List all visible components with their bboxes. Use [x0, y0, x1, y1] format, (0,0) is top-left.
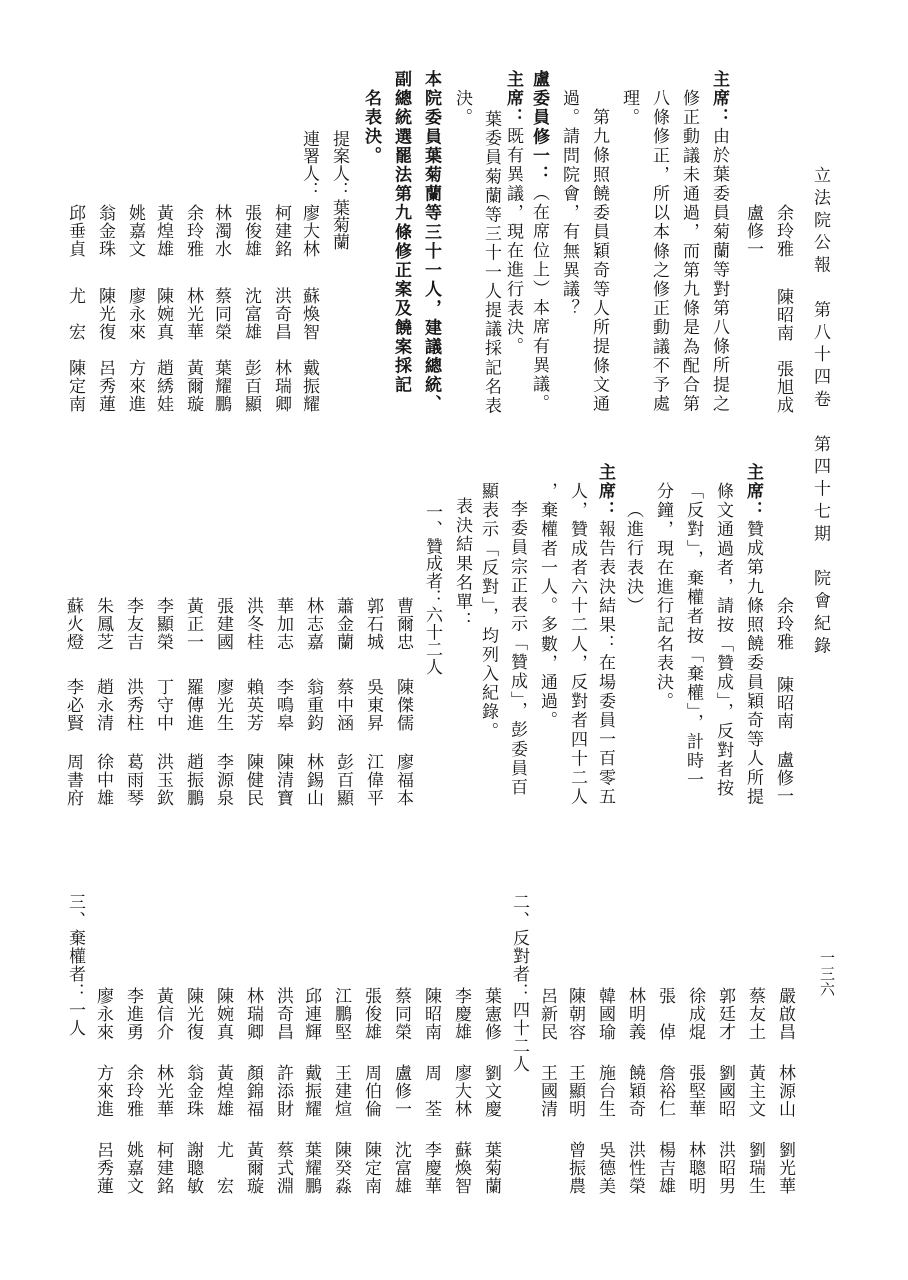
cosigner-name: 盧修一	[775, 751, 792, 805]
cosigner-name: 翁金珠	[97, 204, 114, 258]
no-voter-name: 方來進	[95, 1064, 112, 1118]
yes-voter-name: 洪冬桂	[245, 597, 262, 651]
speech-line: 決。	[454, 89, 471, 127]
yes-voter-name: 劉瑞生	[747, 1141, 764, 1195]
cosigner-name: 姚嘉文	[127, 204, 144, 258]
yes-voter-name: 林聰明	[687, 1141, 704, 1195]
no-voter-name: 盧修一	[393, 1064, 410, 1118]
yes-voter-name: 郭石城	[365, 597, 382, 651]
yes-voter-name: 詹裕仁	[657, 1064, 674, 1118]
yes-voter-name: 陳傑儒	[395, 678, 412, 732]
yes-voter-name: 江偉平	[365, 753, 382, 807]
yes-voter-name: 徐中雄	[95, 753, 112, 807]
speech-line: 八條修正，所以本條之修正動議不予處	[651, 89, 668, 414]
yes-voter-name: 朱鳳芝	[95, 597, 112, 651]
cosigner-name: 趙綉娃	[155, 359, 172, 413]
yes-voter-name: 蕭金蘭	[335, 597, 352, 651]
cosigner-name: 陳婉真	[155, 287, 172, 341]
no-voter-name: 蔡同榮	[393, 987, 410, 1041]
no-voter-name: 李慶華	[423, 1141, 440, 1195]
section-heading-yes: 一、贊成者：六十二人	[424, 503, 441, 675]
cosigner-name: 彭百顯	[243, 359, 260, 413]
yes-voter-name: 施台生	[597, 1064, 614, 1118]
motion-line: 本院委員葉菊蘭等三十一人，建議總統、	[423, 70, 440, 414]
yes-voter-name: 翁重鈞	[305, 678, 322, 732]
cosigner-name: 陳光復	[97, 287, 114, 341]
yes-voter-name: 嚴啟昌	[777, 987, 794, 1041]
speech-line: 由於葉委員菊蘭等對第八條所提之	[711, 127, 728, 414]
no-voter-name: 尤 宏	[215, 1141, 232, 1195]
no-voter-name: 葉憲修	[483, 987, 500, 1041]
cosigner-name: 蘇煥智	[301, 287, 318, 341]
yes-voter-name: 洪昭男	[717, 1141, 734, 1195]
no-voter-name: 劉文慶	[483, 1064, 500, 1118]
yes-voter-name: 黃正一	[185, 597, 202, 651]
no-voter-name: 陳婉真	[215, 987, 232, 1041]
no-voter-name: 葉菊蘭	[483, 1141, 500, 1195]
yes-voter-name: 彭百顯	[335, 753, 352, 807]
yes-voter-name: 羅傳進	[185, 678, 202, 732]
speaker-label: 主席：	[597, 463, 614, 520]
carryover-signer-name: 陳昭南	[775, 288, 792, 342]
yes-voter-name: 劉光華	[777, 1141, 794, 1195]
yes-voter-name: 吳德美	[597, 1141, 614, 1195]
no-voter-name: 謝聰敏	[185, 1141, 202, 1195]
no-voter-name: 林光華	[155, 1064, 172, 1118]
no-voter-name: 王建煊	[333, 1064, 350, 1118]
cosigner-name: 葉耀鵬	[213, 359, 230, 413]
no-voter-name: 陳昭南	[423, 987, 440, 1041]
cosigner-name: 戴振耀	[301, 359, 318, 413]
cosigner-name: 洪奇昌	[273, 287, 290, 341]
speech-line: ，棄權者一人。多數，通過。	[539, 482, 556, 730]
cosigner-name: 柯建銘	[273, 204, 290, 258]
yes-voter-name: 李鳴皋	[275, 678, 292, 732]
cosigner-name: 廖永來	[127, 287, 144, 341]
speech-line: 理。	[621, 89, 638, 127]
yes-voter-name: 徐成焜	[687, 987, 704, 1041]
yes-voter-name: 蘇火燈	[65, 597, 82, 651]
speech-line: 第九條照饒委員穎奇等人所提條文通	[591, 108, 608, 414]
yes-voter-name: 蔡中涵	[335, 678, 352, 732]
yes-voter-name: 楊吉雄	[657, 1141, 674, 1195]
cosigner-name: 尤 宏	[67, 287, 84, 341]
no-voter-name: 陳光復	[185, 987, 202, 1041]
speaker-label: 主席：	[711, 70, 728, 127]
motion-line: 名表決。	[363, 89, 380, 165]
stage-direction: （進行表決）	[625, 501, 642, 616]
motion-line: 副總統選罷法第九條修正案及饒案採記	[393, 70, 410, 395]
yes-voter-name: 華加志	[275, 597, 292, 651]
no-voter-name: 黃煌雄	[215, 1064, 232, 1118]
yes-voter-name: 李必賢	[65, 678, 82, 732]
gazette-page: 立法院公報 第八十四卷 第四十七期 院會紀錄一三六余玲雅陳昭南張旭成盧修一主席：…	[0, 0, 908, 1280]
no-voter-name: 李進勇	[125, 987, 142, 1041]
yes-voter-name: 李友吉	[125, 597, 142, 651]
section-heading-no: 二、反對者：四十二人	[511, 893, 528, 1073]
yes-voter-name: 曹爾忠	[395, 597, 412, 651]
cosigner-name: 黃煌雄	[155, 204, 172, 258]
carryover-signer-name: 余玲雅	[775, 204, 792, 258]
running-head: 立法院公報 第八十四卷 第四十七期 院會紀錄	[812, 166, 829, 659]
vote-list-title: 表決結果名單：	[454, 497, 471, 631]
cosigner-name: 黃爾璇	[185, 359, 202, 413]
speech-line: 報告表決結果：在場委員一百零五	[597, 520, 614, 807]
no-voter-name: 顏錦福	[245, 1064, 262, 1118]
no-voter-name: 柯建銘	[155, 1141, 172, 1195]
no-voter-name: 林瑞卿	[245, 987, 262, 1041]
yes-voter-name: 張建國	[215, 597, 232, 651]
cosigner-name: 林濁水	[213, 204, 230, 258]
yes-voter-name: 蔡友土	[747, 987, 764, 1041]
cosigner-name: 方來進	[127, 359, 144, 413]
speech-line: 贊成第九條照饒委員穎奇等人所提	[745, 520, 762, 807]
yes-voter-name: 張堅華	[687, 1064, 704, 1118]
no-voter-name: 李慶雄	[453, 987, 470, 1041]
yes-voter-name: 郭廷才	[717, 987, 734, 1041]
yes-voter-name: 趙振鵬	[185, 753, 202, 807]
no-voter-name: 廖永來	[95, 987, 112, 1041]
cosigner-name: 蔡同榮	[213, 287, 230, 341]
yes-voter-name: 廖福本	[395, 753, 412, 807]
yes-voter-name: 陳健民	[245, 753, 262, 807]
no-voter-name: 黃信介	[155, 987, 172, 1041]
cosigner-name: 林光華	[185, 287, 202, 341]
yes-voter-name: 廖光生	[215, 678, 232, 732]
yes-voter-name: 吳東昇	[365, 678, 382, 732]
no-voter-name: 陳癸淼	[333, 1141, 350, 1195]
no-voter-name: 呂秀蓮	[95, 1141, 112, 1195]
cosigner-name: 廖大林	[301, 204, 318, 258]
speech-line: 過。請問院會，有無異議？	[561, 89, 578, 318]
speech-line: 條文通過者，請按「贊成」，反對者按	[715, 482, 732, 798]
yes-voter-name: 洪性榮	[627, 1141, 644, 1195]
yes-voter-name: 葛雨琴	[125, 753, 142, 807]
no-voter-name: 翁金珠	[185, 1064, 202, 1118]
no-voter-name: 江鵬堅	[333, 987, 350, 1041]
yes-voter-name: 丁守中	[155, 678, 172, 732]
yes-voter-name: 饒穎奇	[627, 1064, 644, 1118]
cosigner-name: 張俊雄	[243, 204, 260, 258]
no-voter-name: 戴振耀	[303, 1064, 320, 1118]
no-voter-name: 葉耀鵬	[303, 1141, 320, 1195]
no-voter-name: 洪奇昌	[275, 987, 292, 1041]
speech-line: 分鐘，現在進行記名表決。	[655, 482, 672, 711]
yes-voter-name: 賴英芳	[245, 678, 262, 732]
cosigner-name: 余玲雅	[185, 204, 202, 258]
yes-voter-name: 周書府	[65, 753, 82, 807]
speaker-label: 主席：	[745, 463, 762, 520]
no-voter-name: 蘇煥智	[453, 1141, 470, 1195]
speech-line: 顯表示「反對」，均列入紀錄。	[480, 482, 497, 741]
speech-line: 修正動議未通過，而第九條是為配合第	[681, 89, 698, 414]
yes-voter-name: 趙永清	[95, 678, 112, 732]
speaker-label: 主席：	[505, 70, 522, 127]
carryover-signer-name: 盧修一	[745, 204, 762, 258]
yes-voter-name: 呂新民	[539, 987, 556, 1041]
yes-voter-name: 林錫山	[305, 753, 322, 807]
no-voter-name: 邱連輝	[303, 987, 320, 1041]
no-voter-name: 黃爾璇	[245, 1141, 262, 1195]
no-voter-name: 周 荃	[423, 1064, 440, 1118]
cosigner-name: 陳定南	[67, 359, 84, 413]
yes-voter-name: 林明義	[627, 987, 644, 1041]
speaker-label: 盧委員修一：	[531, 70, 548, 185]
yes-voter-name: 林源山	[777, 1064, 794, 1118]
proposer-line: 提案人：葉菊蘭	[331, 130, 348, 250]
no-voter-name: 余玲雅	[125, 1064, 142, 1118]
no-voter-name: 蔡式淵	[275, 1141, 292, 1195]
no-voter-name: 廖大林	[453, 1064, 470, 1118]
speech-line: （在席位上）本席有異議。	[531, 184, 548, 413]
yes-voter-name: 黃主文	[747, 1064, 764, 1118]
no-voter-name: 姚嘉文	[125, 1141, 142, 1195]
carryover-signer-name: 張旭成	[775, 360, 792, 414]
speech-line: 人，贊成者六十二人，反對者四十二人	[569, 482, 586, 807]
speech-line: 「反對」，棄權者按「棄權」，計時一	[685, 482, 702, 790]
yes-voter-name: 洪玉欽	[155, 753, 172, 807]
yes-voter-name: 陳清寶	[275, 753, 292, 807]
yes-voter-name: 韓國瑜	[597, 987, 614, 1041]
cosigner-name: 邱垂貞	[67, 204, 84, 258]
cosigner-name: 沈富雄	[243, 287, 260, 341]
speech-line: 既有異議，現在進行表決。	[505, 127, 522, 356]
yes-voter-name: 張 倬	[657, 987, 674, 1041]
no-voter-name: 許添財	[275, 1064, 292, 1118]
yes-voter-name: 王國清	[539, 1064, 556, 1118]
cosigner-label: 連署人：	[301, 130, 318, 199]
yes-voter-name: 劉國昭	[717, 1064, 734, 1118]
page-number: 一三六	[817, 950, 834, 997]
yes-voter-name: 林志嘉	[305, 597, 322, 651]
speech-line: 李委員宗正表示「贊成」，彭委員百	[509, 500, 526, 797]
yes-voter-name: 曾振農	[567, 1141, 584, 1195]
no-voter-name: 張俊雄	[363, 987, 380, 1041]
cosigner-name: 陳昭南	[775, 676, 792, 730]
cosigner-name: 呂秀蓮	[97, 359, 114, 413]
yes-voter-name: 王顯明	[567, 1064, 584, 1118]
cosigner-name: 余玲雅	[775, 597, 792, 651]
yes-voter-name: 洪秀柱	[125, 678, 142, 732]
no-voter-name: 周伯倫	[363, 1064, 380, 1118]
yes-voter-name: 陳朝容	[567, 987, 584, 1041]
section-heading-abstain: 三、棄權者：一人	[67, 893, 84, 1037]
no-voter-name: 沈富雄	[393, 1141, 410, 1195]
no-voter-name: 陳定南	[363, 1141, 380, 1195]
yes-voter-name: 李顯榮	[155, 597, 172, 651]
speech-line: 葉委員菊蘭等三十一人提議採記名表	[483, 110, 500, 416]
cosigner-name: 林瑞卿	[273, 359, 290, 413]
yes-voter-name: 李源泉	[215, 753, 232, 807]
